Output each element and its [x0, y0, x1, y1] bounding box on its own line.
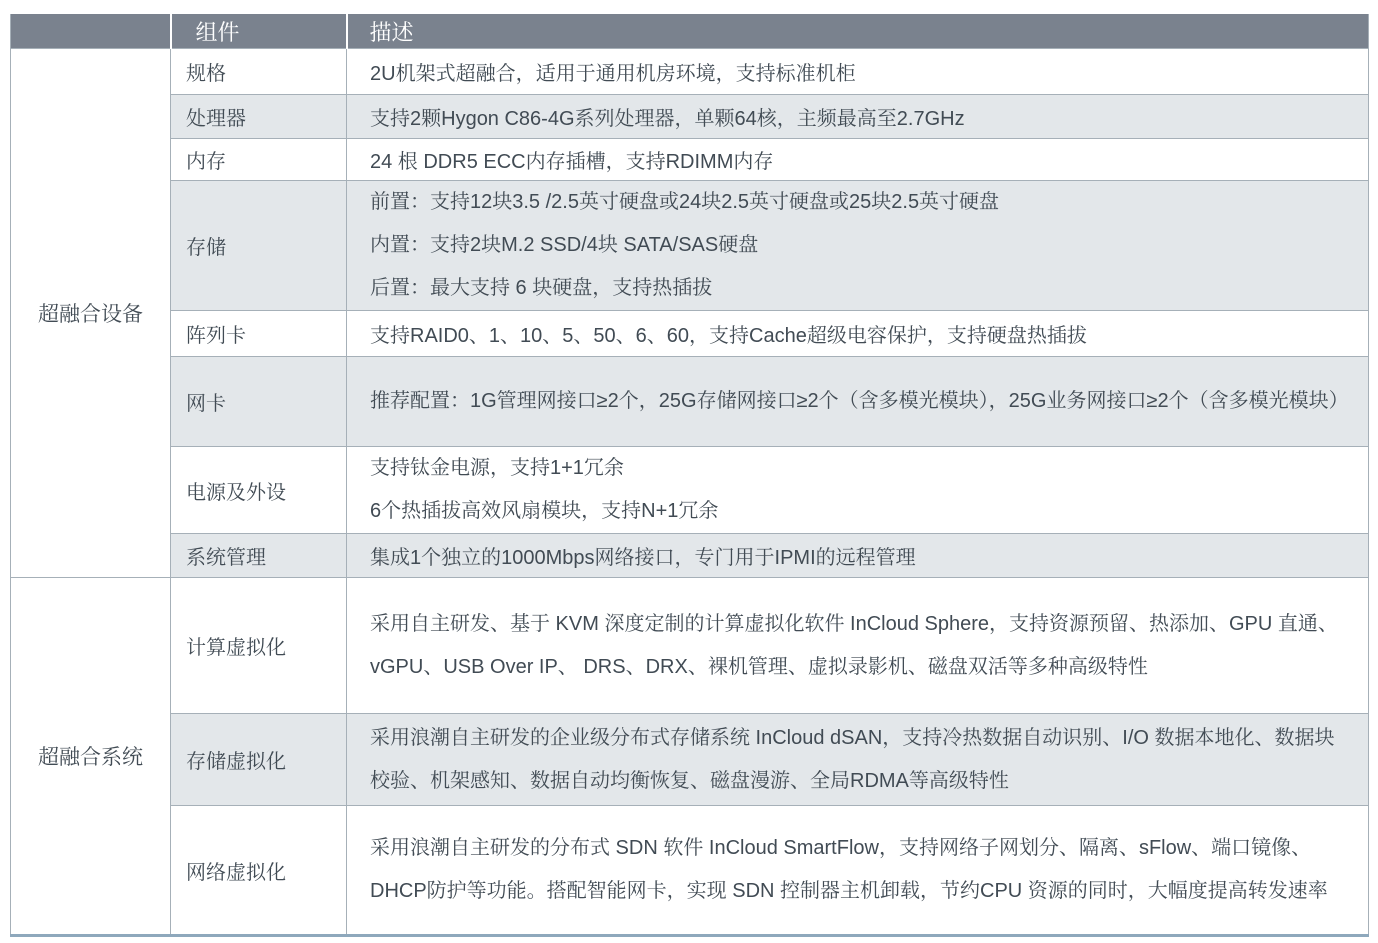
group-label-device: 超融合设备	[11, 49, 171, 578]
table-row: 处理器 支持2颗Hygon C86-4G系列处理器，单颗64核，主频最高至2.7…	[11, 95, 1369, 139]
header-cell-description: 描述	[347, 14, 1369, 49]
description-cell: 采用自主研发、基于 KVM 深度定制的计算虚拟化软件 InCloud Spher…	[347, 578, 1369, 714]
table-row: 阵列卡 支持RAID0、1、10、5、50、6、60，支持Cache超级电容保护…	[11, 311, 1369, 357]
component-cell: 计算虚拟化	[171, 578, 347, 714]
table-row: 内存 24 根 DDR5 ECC内存插槽，支持RDIMM内存	[11, 139, 1369, 181]
description-cell: 前置：支持12块3.5 /2.5英寸硬盘或24块2.5英寸硬盘或25块2.5英寸…	[347, 181, 1369, 311]
header-cell-component: 组件	[171, 14, 347, 49]
component-cell: 处理器	[171, 95, 347, 139]
component-cell: 网络虚拟化	[171, 806, 347, 936]
description-cell: 支持RAID0、1、10、5、50、6、60，支持Cache超级电容保护，支持硬…	[347, 311, 1369, 357]
table-row: 电源及外设 支持钛金电源，支持1+1冗余 6个热插拔高效风扇模块，支持N+1冗余	[11, 447, 1369, 534]
description-cell: 集成1个独立的1000Mbps网络接口，专门用于IPMI的远程管理	[347, 534, 1369, 578]
component-cell: 阵列卡	[171, 311, 347, 357]
table-row: 存储 前置：支持12块3.5 /2.5英寸硬盘或24块2.5英寸硬盘或25块2.…	[11, 181, 1369, 311]
component-cell: 内存	[171, 139, 347, 181]
table-row: 网卡 推荐配置：1G管理网接口≥2个，25G存储网接口≥2个（含多模光模块），2…	[11, 357, 1369, 447]
component-cell: 存储虚拟化	[171, 714, 347, 806]
component-cell: 规格	[171, 49, 347, 95]
table-row: 超融合设备 规格 2U机架式超融合，适用于通用机房环境，支持标准机柜	[11, 49, 1369, 95]
table-header-row: 组件 描述	[11, 14, 1369, 49]
description-cell: 支持2颗Hygon C86-4G系列处理器，单颗64核，主频最高至2.7GHz	[347, 95, 1369, 139]
description-cell: 推荐配置：1G管理网接口≥2个，25G存储网接口≥2个（含多模光模块），25G业…	[347, 357, 1369, 447]
description-cell: 支持钛金电源，支持1+1冗余 6个热插拔高效风扇模块，支持N+1冗余	[347, 447, 1369, 534]
table-row: 超融合系统 计算虚拟化 采用自主研发、基于 KVM 深度定制的计算虚拟化软件 I…	[11, 578, 1369, 714]
table-row: 系统管理 集成1个独立的1000Mbps网络接口，专门用于IPMI的远程管理	[11, 534, 1369, 578]
group-label-system: 超融合系统	[11, 578, 171, 936]
table-row: 存储虚拟化 采用浪潮自主研发的企业级分布式存储系统 InCloud dSAN，支…	[11, 714, 1369, 806]
component-cell: 系统管理	[171, 534, 347, 578]
description-cell: 2U机架式超融合，适用于通用机房环境，支持标准机柜	[347, 49, 1369, 95]
spec-table: 组件 描述 超融合设备 规格 2U机架式超融合，适用于通用机房环境，支持标准机柜…	[10, 14, 1368, 937]
table-row: 网络虚拟化 采用浪潮自主研发的分布式 SDN 软件 InCloud SmartF…	[11, 806, 1369, 936]
description-cell: 24 根 DDR5 ECC内存插槽，支持RDIMM内存	[347, 139, 1369, 181]
component-cell: 网卡	[171, 357, 347, 447]
header-cell-group	[11, 14, 171, 49]
component-cell: 存储	[171, 181, 347, 311]
description-cell: 采用浪潮自主研发的企业级分布式存储系统 InCloud dSAN，支持冷热数据自…	[347, 714, 1369, 806]
component-cell: 电源及外设	[171, 447, 347, 534]
description-cell: 采用浪潮自主研发的分布式 SDN 软件 InCloud SmartFlow，支持…	[347, 806, 1369, 936]
